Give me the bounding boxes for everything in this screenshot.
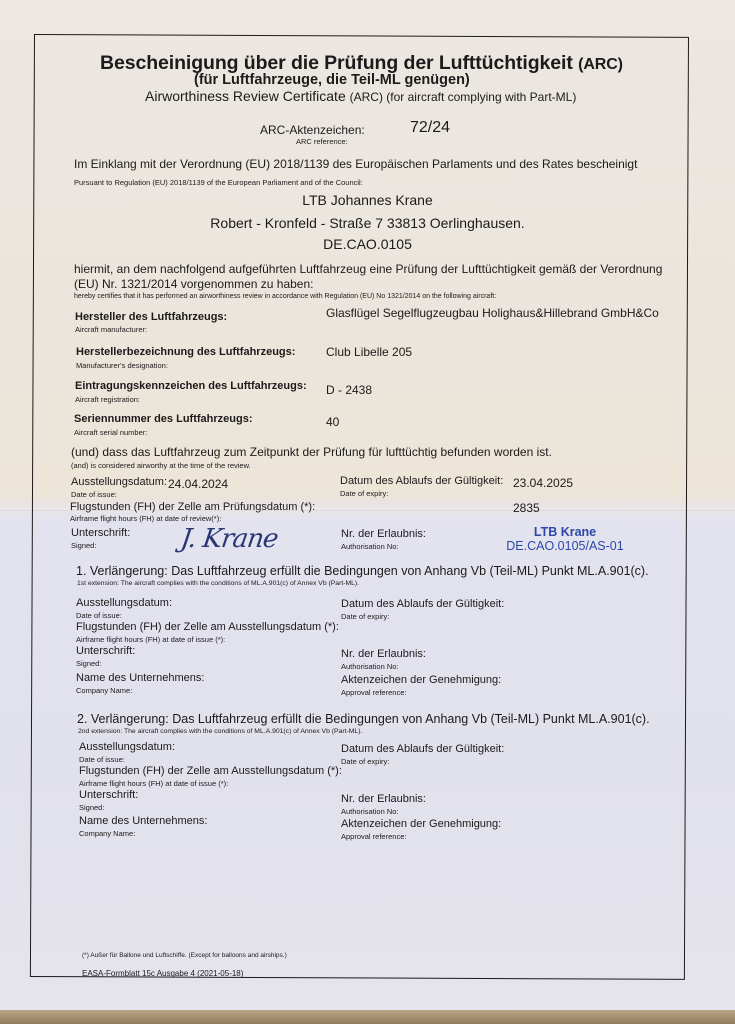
ext1-company-label-en: Company Name: [76, 686, 132, 695]
review-auth-label: Nr. der Erlaubnis: [341, 528, 426, 540]
organisation-approval-id: DE.CAO.0105 [0, 236, 735, 252]
review-hours-value: 2835 [513, 501, 540, 515]
ext2-hours-label-en: Airframe flight hours (FH) at date of is… [79, 779, 228, 788]
certificate-subtitle: (für Luftfahrzeuge, die Teil-ML genügen) [194, 72, 470, 88]
ext1-auth-label-en: Authorisation No: [341, 662, 399, 671]
extension-2-heading-en: 2nd extension: The aircraft complies wit… [78, 728, 362, 735]
ext1-hours-label-en: Airframe flight hours (FH) at date of is… [76, 635, 225, 644]
ext1-company-label: Name des Unternehmens: [76, 672, 204, 684]
authorisation-stamp: LTB Krane DE.CAO.0105/AS-01 [490, 525, 640, 553]
ext2-company-label-en: Company Name: [79, 829, 135, 838]
arc-reference-label-en: ARC reference: [296, 137, 348, 146]
airworthy-statement-en: (and) is considered airworthy at the tim… [71, 461, 251, 470]
ext2-signed-label-en: Signed: [79, 803, 104, 812]
review-auth-label-en: Authorisation No: [341, 542, 399, 551]
review-issue-label-en: Date of issue: [71, 490, 117, 499]
ext2-expiry-label-en: Date of expiry: [341, 757, 389, 766]
designation-value: Club Libelle 205 [326, 345, 412, 359]
ext1-auth-label: Nr. der Erlaubnis: [341, 648, 426, 660]
organisation-address: Robert - Kronfeld - Straße 7 33813 Oerli… [0, 215, 735, 231]
certificate-title-en: Airworthiness Review Certificate (ARC) (… [145, 88, 576, 104]
ext2-issue-label: Ausstellungsdatum: [79, 741, 175, 753]
serial-number-label: Seriennummer des Luftfahrzeugs: [74, 413, 252, 425]
registration-value: D - 2438 [326, 383, 372, 397]
table-surface [0, 1010, 735, 1024]
inspector-signature: J. Krane [179, 524, 280, 554]
review-expiry-label-en: Date of expiry: [340, 489, 388, 498]
ext1-hours-label: Flugstunden (FH) der Zelle am Ausstellun… [76, 621, 339, 633]
manufacturer-label: Hersteller des Luftfahrzeugs: [75, 311, 227, 323]
serial-number-label-en: Aircraft serial number: [74, 428, 147, 437]
arc-reference-label: ARC-Aktenzeichen: [260, 123, 365, 137]
ext2-auth-label: Nr. der Erlaubnis: [341, 793, 426, 805]
ext2-signed-label: Unterschrift: [79, 789, 138, 801]
manufacturer-label-en: Aircraft manufacturer: [75, 325, 147, 334]
designation-label-en: Manufacturer's designation: [76, 361, 168, 370]
ext2-company-label: Name des Unternehmens: [79, 815, 207, 827]
ext1-approval-label: Aktenzeichen der Genehmigung: [341, 674, 501, 686]
ext2-issue-label-en: Date of issue: [79, 755, 125, 764]
ext1-issue-label-en: Date of issue: [76, 611, 122, 620]
extension-1-heading: 1. Verlängerung: Das Luftfahrzeug erfüll… [76, 564, 649, 578]
review-signed-label-en: Signed: [71, 541, 96, 550]
ext2-hours-label: Flugstunden (FH) der Zelle am Ausstellun… [79, 765, 342, 777]
ext2-expiry-label: Datum des Ablaufs der Gültigkeit: [341, 743, 504, 755]
ext1-signed-label-en: Signed: [76, 659, 101, 668]
review-expiry-value: 23.04.2025 [513, 476, 573, 490]
arc-reference-value: 72/24 [410, 119, 450, 137]
ext1-expiry-label-en: Date of expiry: [341, 612, 389, 621]
registration-label-en: Aircraft registration: [75, 395, 140, 404]
ext2-approval-label-en: Approval reference: [341, 832, 406, 841]
ext1-issue-label: Ausstellungsdatum: [76, 597, 172, 609]
extension-1-heading-en: 1st extension: The aircraft complies wit… [77, 580, 359, 587]
ext1-approval-label-en: Approval reference: [341, 688, 406, 697]
ext1-signed-label: Unterschrift: [76, 645, 135, 657]
organisation-name: LTB Johannes Krane [0, 192, 735, 208]
intro-text: Im Einklang mit der Verordnung (EU) 2018… [74, 157, 637, 171]
certification-text: hiermit, an dem nachfolgend aufgeführten… [74, 262, 674, 292]
certification-text-en: hereby certifies that it has performed a… [74, 293, 496, 300]
review-signed-label: Unterschrift: [71, 527, 130, 539]
footnote: (*) Außer für Ballone und Luftschiffe. (… [82, 952, 287, 959]
form-identifier: EASA-Formblatt 15c Ausgabe 4 (2021-05-18… [82, 969, 243, 978]
review-issue-value: 24.04.2024 [168, 477, 228, 491]
designation-label: Herstellerbezeichnung des Luftfahrzeugs: [76, 346, 295, 358]
airworthy-statement: (und) dass das Luftfahrzeug zum Zeitpunk… [71, 445, 552, 459]
manufacturer-value: Glasflügel Segelflugzeugbau Holighaus&Hi… [326, 306, 659, 320]
ext1-expiry-label: Datum des Ablaufs der Gültigkeit: [341, 598, 504, 610]
review-expiry-label: Datum des Ablaufs der Gültigkeit: [340, 475, 503, 487]
review-hours-label-en: Airframe flight hours (FH) at date of re… [70, 514, 221, 523]
ext2-approval-label: Aktenzeichen der Genehmigung: [341, 818, 501, 830]
serial-number-value: 40 [326, 415, 339, 429]
intro-text-en: Pursuant to Regulation (EU) 2018/1139 of… [74, 178, 363, 187]
ext2-auth-label-en: Authorisation No: [341, 807, 399, 816]
review-issue-label: Ausstellungsdatum: [71, 476, 167, 488]
review-hours-label: Flugstunden (FH) der Zelle am Prüfungsda… [70, 501, 315, 513]
registration-label: Eintragungskennzeichen des Luftfahrzeugs… [75, 380, 307, 392]
extension-2-heading: 2. Verlängerung: Das Luftfahrzeug erfüll… [77, 712, 650, 726]
